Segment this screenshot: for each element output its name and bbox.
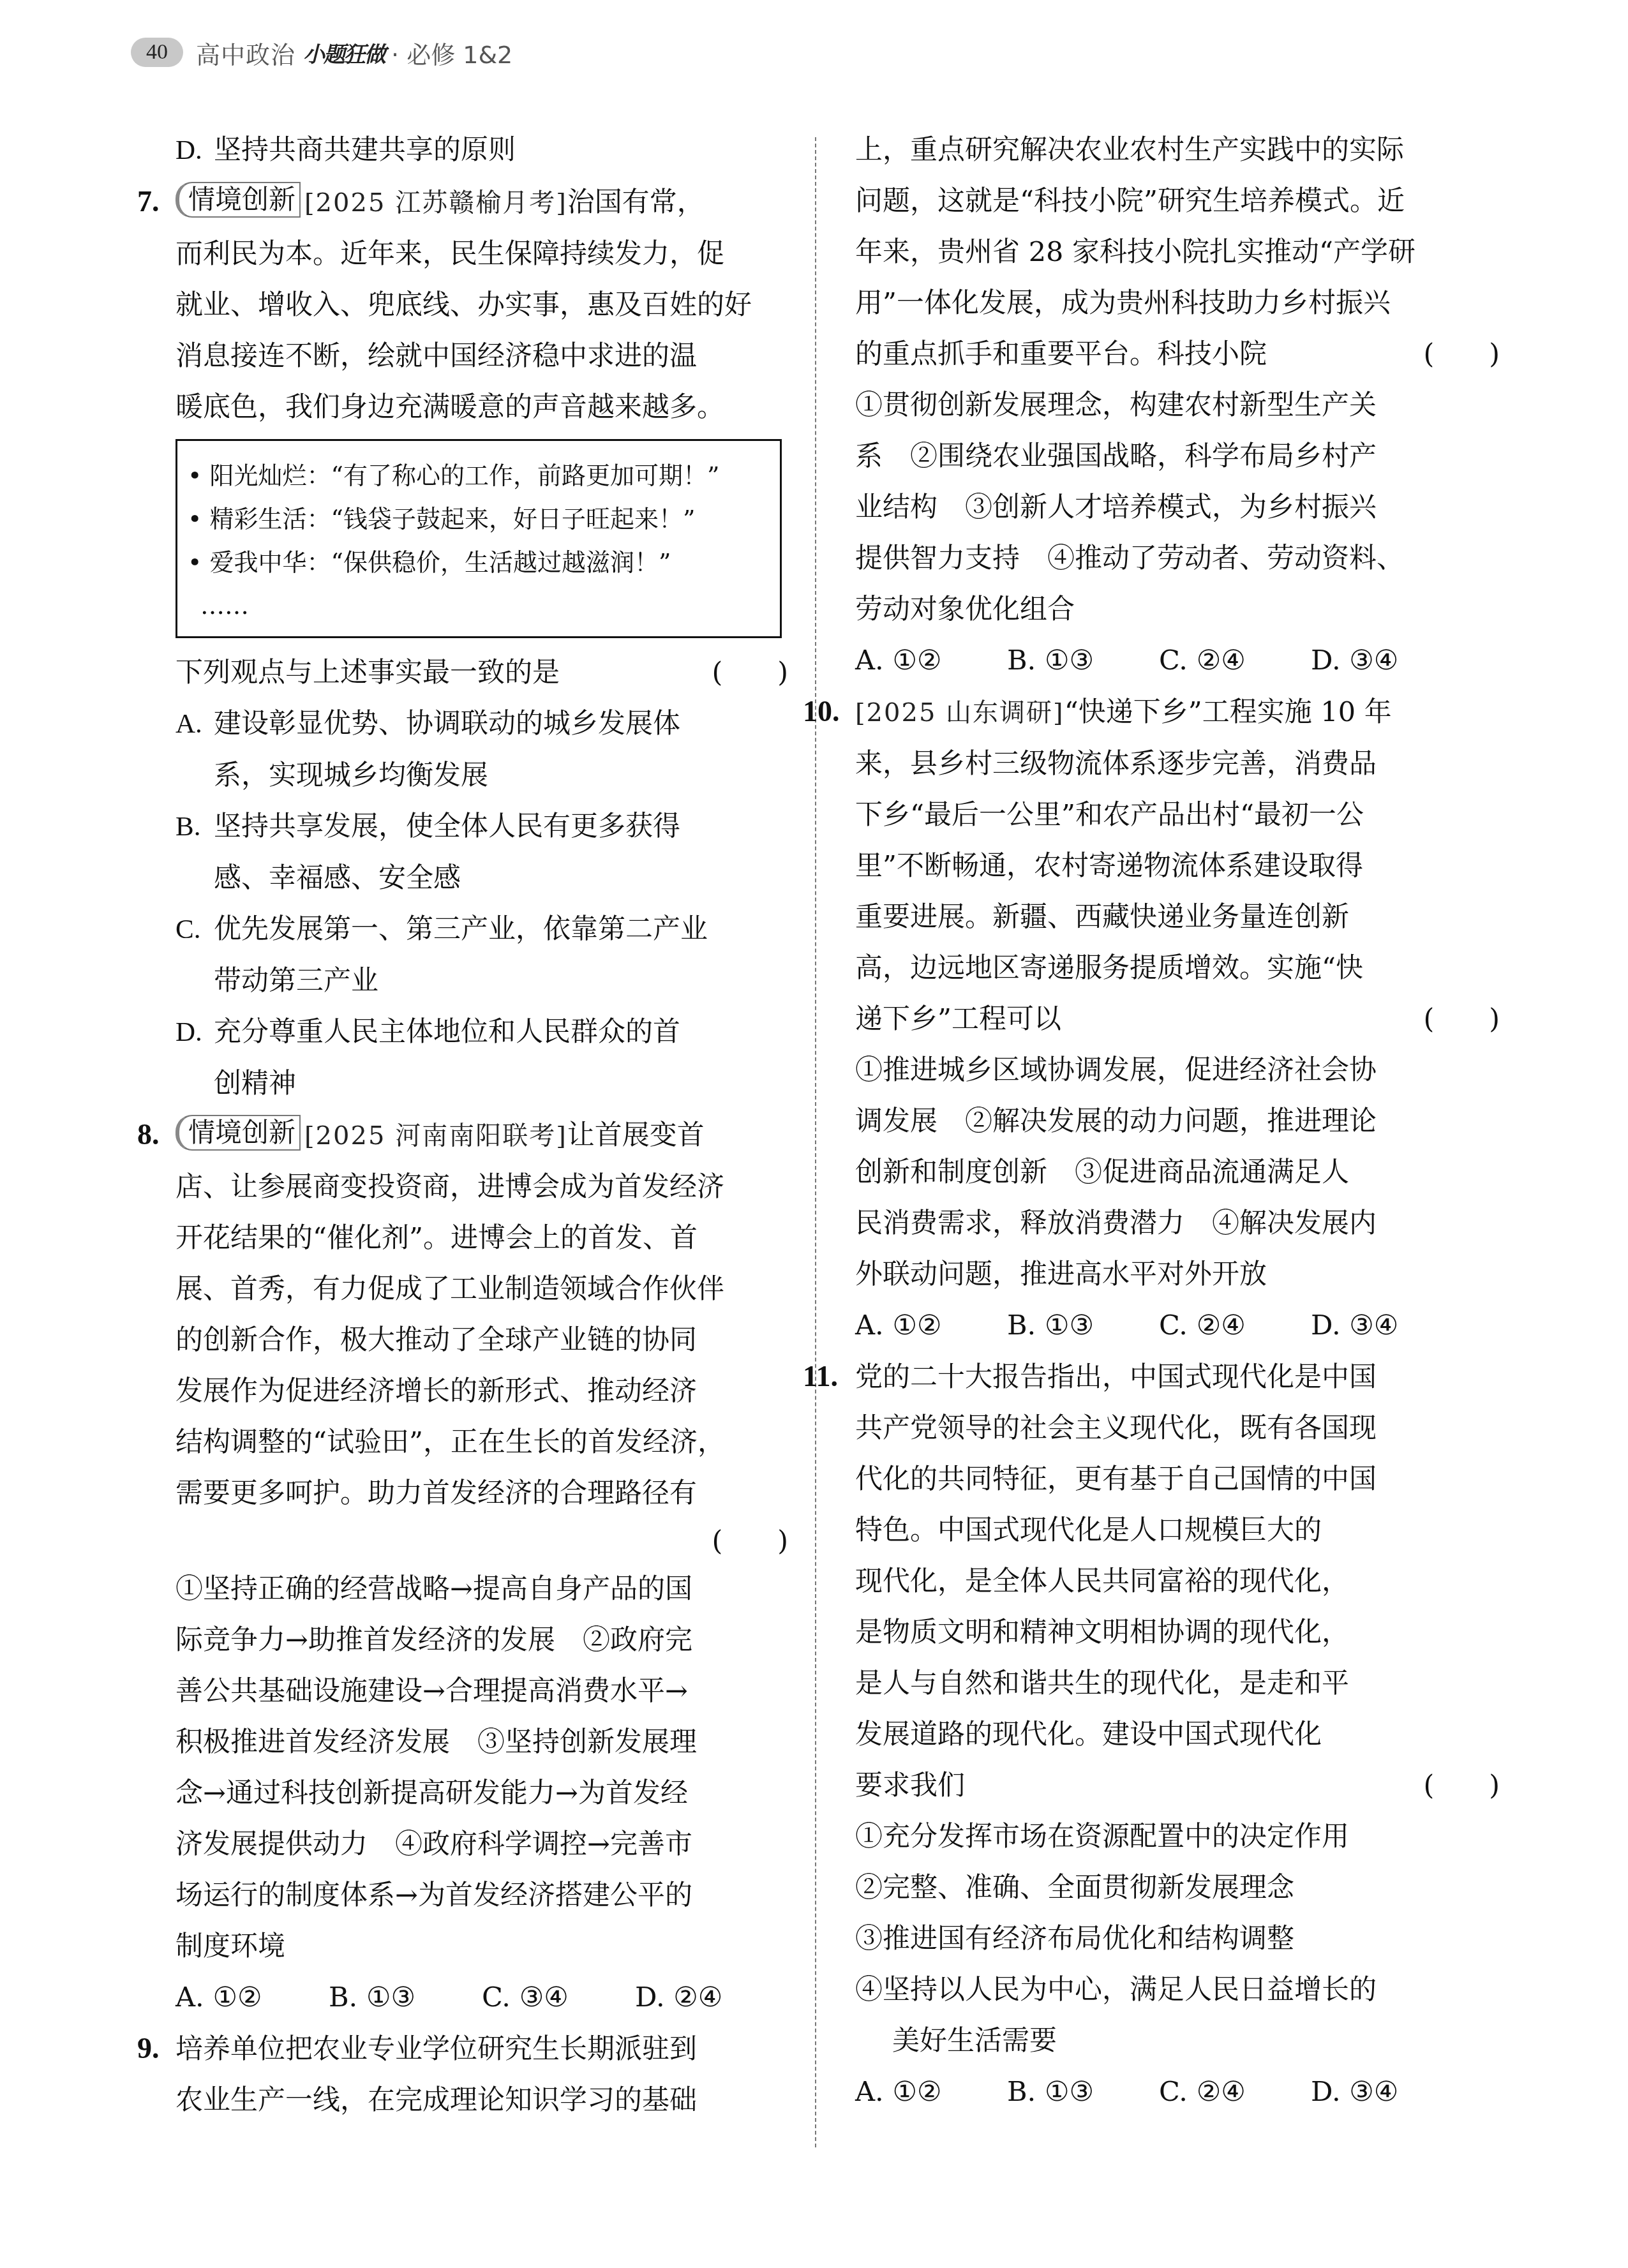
choice-d[interactable]: D. ③④: [1311, 1300, 1463, 1351]
statement-line: 调发展 ②解决发展的动力问题，推进理论: [803, 1096, 1500, 1147]
quote-item: • 阳光灿烂：“有了称心的工作，前路更加可期！”: [188, 454, 770, 497]
quote-item: • 精彩生活：“钱袋子鼓起来，好日子旺起来！”: [188, 497, 770, 541]
option-c[interactable]: C.优先发展第一、第三产业，依靠第二产业: [137, 904, 788, 955]
question-9-continued: 上，重点研究解决农业农村生产实践中的实际 问题，这就是“科技小院”研究生培养模式…: [855, 124, 1500, 686]
option-b[interactable]: B.坚持共享发展，使全体人民有更多获得: [137, 801, 788, 853]
statement-line: 制度环境: [137, 1921, 788, 1972]
stem-line: 发展道路的现代化。建设中国式现代化: [803, 1709, 1500, 1760]
stem-line: 年来，贵州省 28 家科技小院扎实推动“产学研: [855, 227, 1500, 278]
stem-line: 来，县乡村三级物流体系逐步完善，消费品: [803, 738, 1500, 789]
statement-line: 善公共基础设施建设→合理提高消费水平→: [137, 1666, 788, 1717]
book-volume: · 必修 1&2: [391, 35, 512, 70]
question-8: 8.情境创新[2025 河南南阳联考]让首展变首 店、让参展商变投资商，进博会成…: [137, 1109, 788, 2023]
answer-blank[interactable]: ( ): [1423, 1760, 1500, 1811]
choice-a[interactable]: A. ①②: [855, 2066, 1007, 2117]
stem-line: 店、让参展商变投资商，进博会成为首发经济: [137, 1161, 788, 1212]
stem-line: 上，重点研究解决农业农村生产实践中的实际: [855, 124, 1500, 175]
statement-line: 劳动对象优化组合: [855, 584, 1500, 635]
stem-line: 共产党领导的社会主义现代化，既有各国现: [803, 1403, 1500, 1454]
quote-ellipsis: ……: [188, 584, 770, 627]
answer-choices: A. ①② B. ①③ C. ③④ D. ②④: [137, 1972, 788, 2023]
statement-4-cont: 美好生活需要: [803, 2015, 1500, 2066]
question-source: [2025 山东调研]: [855, 698, 1064, 727]
question-9-start: 9.培养单位把农业专业学位研究生长期派驻到 农业生产一线，在完成理论知识学习的基…: [137, 2023, 788, 2126]
answer-choices: A. ①② B. ①③ C. ②④ D. ③④: [855, 635, 1500, 686]
statement-2: ②完整、准确、全面贯彻新发展理念: [803, 1862, 1500, 1913]
stem-line: 现代化，是全体人民共同富裕的现代化，: [803, 1556, 1500, 1607]
answer-blank[interactable]: ( ): [1423, 329, 1500, 380]
book-brand-logo: 小题狂做: [303, 37, 385, 68]
question-number: 8.: [137, 1109, 175, 1160]
stem-line: 发展作为促进经济增长的新形式、推动经济: [137, 1366, 788, 1417]
stem-line: 结构调整的“试验田”，正在生长的首发经济，: [137, 1417, 788, 1468]
stem-line: 用”一体化发展，成为贵州科技助力乡村振兴: [855, 278, 1500, 329]
stem-line: 下乡“最后一公里”和农产品出村“最初一公: [803, 789, 1500, 840]
question-7: 7.情境创新[2025 江苏赣榆月考]治国有常， 而利民为本。近年来，民生保障持…: [137, 176, 788, 1109]
choice-c[interactable]: C. ③④: [482, 1972, 635, 2023]
question-11: 11.党的二十大报告指出，中国式现代化是中国 共产党领导的社会主义现代化，既有各…: [803, 1351, 1500, 2117]
page-header: 40 高中政治 小题狂做 · 必修 1&2: [131, 33, 512, 71]
quote-box: • 阳光灿烂：“有了称心的工作，前路更加可期！” • 精彩生活：“钱袋子鼓起来，…: [175, 439, 782, 638]
statement-line: 外联动问题，推进高水平对外开放: [803, 1249, 1500, 1300]
page-number-badge: 40: [131, 38, 183, 67]
statement-line: 场运行的制度体系→为首发经济搭建公平的: [137, 1870, 788, 1921]
stem-line: 需要更多呵护。助力首发经济的合理路径有: [137, 1468, 788, 1519]
option-d[interactable]: D.充分尊重人民主体地位和人民群众的首: [137, 1006, 788, 1058]
stem-line: 而利民为本。近年来，民生保障持续发力，促: [137, 228, 788, 280]
option-c-cont: 带动第三产业: [137, 955, 788, 1006]
choice-a[interactable]: A. ①②: [855, 1300, 1007, 1351]
book-subject: 高中政治: [196, 35, 295, 70]
stem-line: 代化的共同特征，更有基于自己国情的中国: [803, 1454, 1500, 1505]
statement-line: 业结构 ③创新人才培养模式，为乡村振兴: [855, 482, 1500, 533]
stem-line: 展、首秀，有力促成了工业制造领域合作伙伴: [137, 1264, 788, 1315]
statement-line: 创新和制度创新 ③促进商品流通满足人: [803, 1147, 1500, 1198]
question-prompt: 下列观点与上述事实最一致的是 ( ): [137, 647, 788, 698]
situation-innovation-tag: 情境创新: [175, 1115, 301, 1151]
option-d-cont: 创精神: [137, 1058, 788, 1109]
statement-line: 念→通过科技创新提高研发能力→为首发经: [137, 1768, 788, 1819]
choice-c[interactable]: C. ②④: [1159, 1300, 1311, 1351]
stem-line: 问题，这就是“科技小院”研究生培养模式。近: [855, 175, 1500, 227]
stem-line: 是人与自然和谐共生的现代化，是走和平: [803, 1658, 1500, 1709]
statement-line: ①推进城乡区域协调发展，促进经济社会协: [803, 1045, 1500, 1096]
question-number: 11.: [803, 1351, 855, 1402]
question-number: 9.: [137, 2023, 175, 2074]
statement-line: ①坚持正确的经营战略→提高自身产品的国: [137, 1563, 788, 1615]
choice-d[interactable]: D. ②④: [635, 1972, 788, 2023]
stem-line: 特色。中国式现代化是人口规模巨大的: [803, 1505, 1500, 1556]
stem-line: 的创新合作，极大推动了全球产业链的协同: [137, 1315, 788, 1366]
statement-line: 际竞争力→助推首发经济的发展 ②政府完: [137, 1615, 788, 1666]
situation-innovation-tag: 情境创新: [175, 182, 301, 218]
stem-line: 就业、增收入、兜底线、办实事，惠及百姓的好: [137, 280, 788, 331]
statement-1: ①充分发挥市场在资源配置中的决定作用: [803, 1811, 1500, 1862]
statement-line: 济发展提供动力 ④政府科学调控→完善市: [137, 1819, 788, 1870]
choice-b[interactable]: B. ①③: [1007, 2066, 1159, 2117]
right-column: 上，重点研究解决农业农村生产实践中的实际 问题，这就是“科技小院”研究生培养模式…: [855, 124, 1500, 2117]
choice-d[interactable]: D. ③④: [1311, 635, 1463, 686]
statement-line: 积极推进首发经济发展 ③坚持创新发展理: [137, 1717, 788, 1768]
question-10: 10.[2025 山东调研]“快递下乡”工程实施 10 年 来，县乡村三级物流体…: [803, 686, 1500, 1351]
answer-choices: A. ①② B. ①③ C. ②④ D. ③④: [803, 1300, 1500, 1351]
choice-a[interactable]: A. ①②: [175, 1972, 329, 2023]
question-source: [2025 江苏赣榆月考]: [304, 188, 567, 218]
option-b-cont: 感、幸福感、安全感: [137, 853, 788, 904]
choice-c[interactable]: C. ②④: [1159, 2066, 1311, 2117]
statement-line: 提供智力支持 ④推动了劳动者、劳动资料、: [855, 533, 1500, 584]
prev-question-option-d: D.坚持共商共建共享的原则: [137, 124, 788, 176]
statement-3: ③推进国有经济布局优化和结构调整: [803, 1913, 1500, 1964]
left-column: D.坚持共商共建共享的原则 7.情境创新[2025 江苏赣榆月考]治国有常， 而…: [137, 124, 788, 2126]
choice-b[interactable]: B. ①③: [1007, 1300, 1159, 1351]
answer-blank[interactable]: ( ): [712, 647, 788, 698]
stem-line: 开花结果的“催化剂”。进博会上的首发、首: [137, 1212, 788, 1264]
statement-line: ①贯彻创新发展理念，构建农村新型生产关: [855, 380, 1500, 431]
stem-line: 高，边远地区寄递服务提质增效。实施“快: [803, 943, 1500, 994]
stem-line: 暖底色，我们身边充满暖意的声音越来越多。: [137, 382, 788, 433]
choice-a[interactable]: A. ①②: [855, 635, 1007, 686]
quote-item: • 爱我中华：“保供稳价，生活越过越滋润！”: [188, 541, 770, 584]
question-number: 10.: [803, 686, 855, 737]
question-number: 7.: [137, 176, 175, 227]
stem-line: 农业生产一线，在完成理论知识学习的基础: [137, 2075, 788, 2126]
answer-blank[interactable]: ( ): [712, 1519, 788, 1563]
answer-choices: A. ①② B. ①③ C. ②④ D. ③④: [803, 2066, 1500, 2117]
choice-c[interactable]: C. ②④: [1159, 635, 1311, 686]
statement-line: 民消费需求，释放消费潜力 ④解决发展内: [803, 1198, 1500, 1249]
question-source: [2025 河南南阳联考]: [304, 1121, 567, 1151]
statement-4: ④坚持以人民为中心，满足人民日益增长的: [803, 1964, 1500, 2015]
answer-blank[interactable]: ( ): [1423, 994, 1500, 1045]
stem-line: 是物质文明和精神文明相协调的现代化，: [803, 1607, 1500, 1658]
choice-b[interactable]: B. ①③: [1007, 635, 1159, 686]
option-a[interactable]: A.建设彰显优势、协调联动的城乡发展体: [137, 698, 788, 750]
choice-d[interactable]: D. ③④: [1311, 2066, 1463, 2117]
choice-b[interactable]: B. ①③: [329, 1972, 482, 2023]
option-a-cont: 系，实现城乡均衡发展: [137, 750, 788, 801]
stem-line: 里”不断畅通，农村寄递物流体系建设取得: [803, 840, 1500, 892]
stem-line: 重要进展。新疆、西藏快递业务量连创新: [803, 892, 1500, 943]
statement-line: 系 ②围绕农业强国战略，科学布局乡村产: [855, 431, 1500, 482]
stem-line: 消息接连不断，绘就中国经济稳中求进的温: [137, 331, 788, 382]
